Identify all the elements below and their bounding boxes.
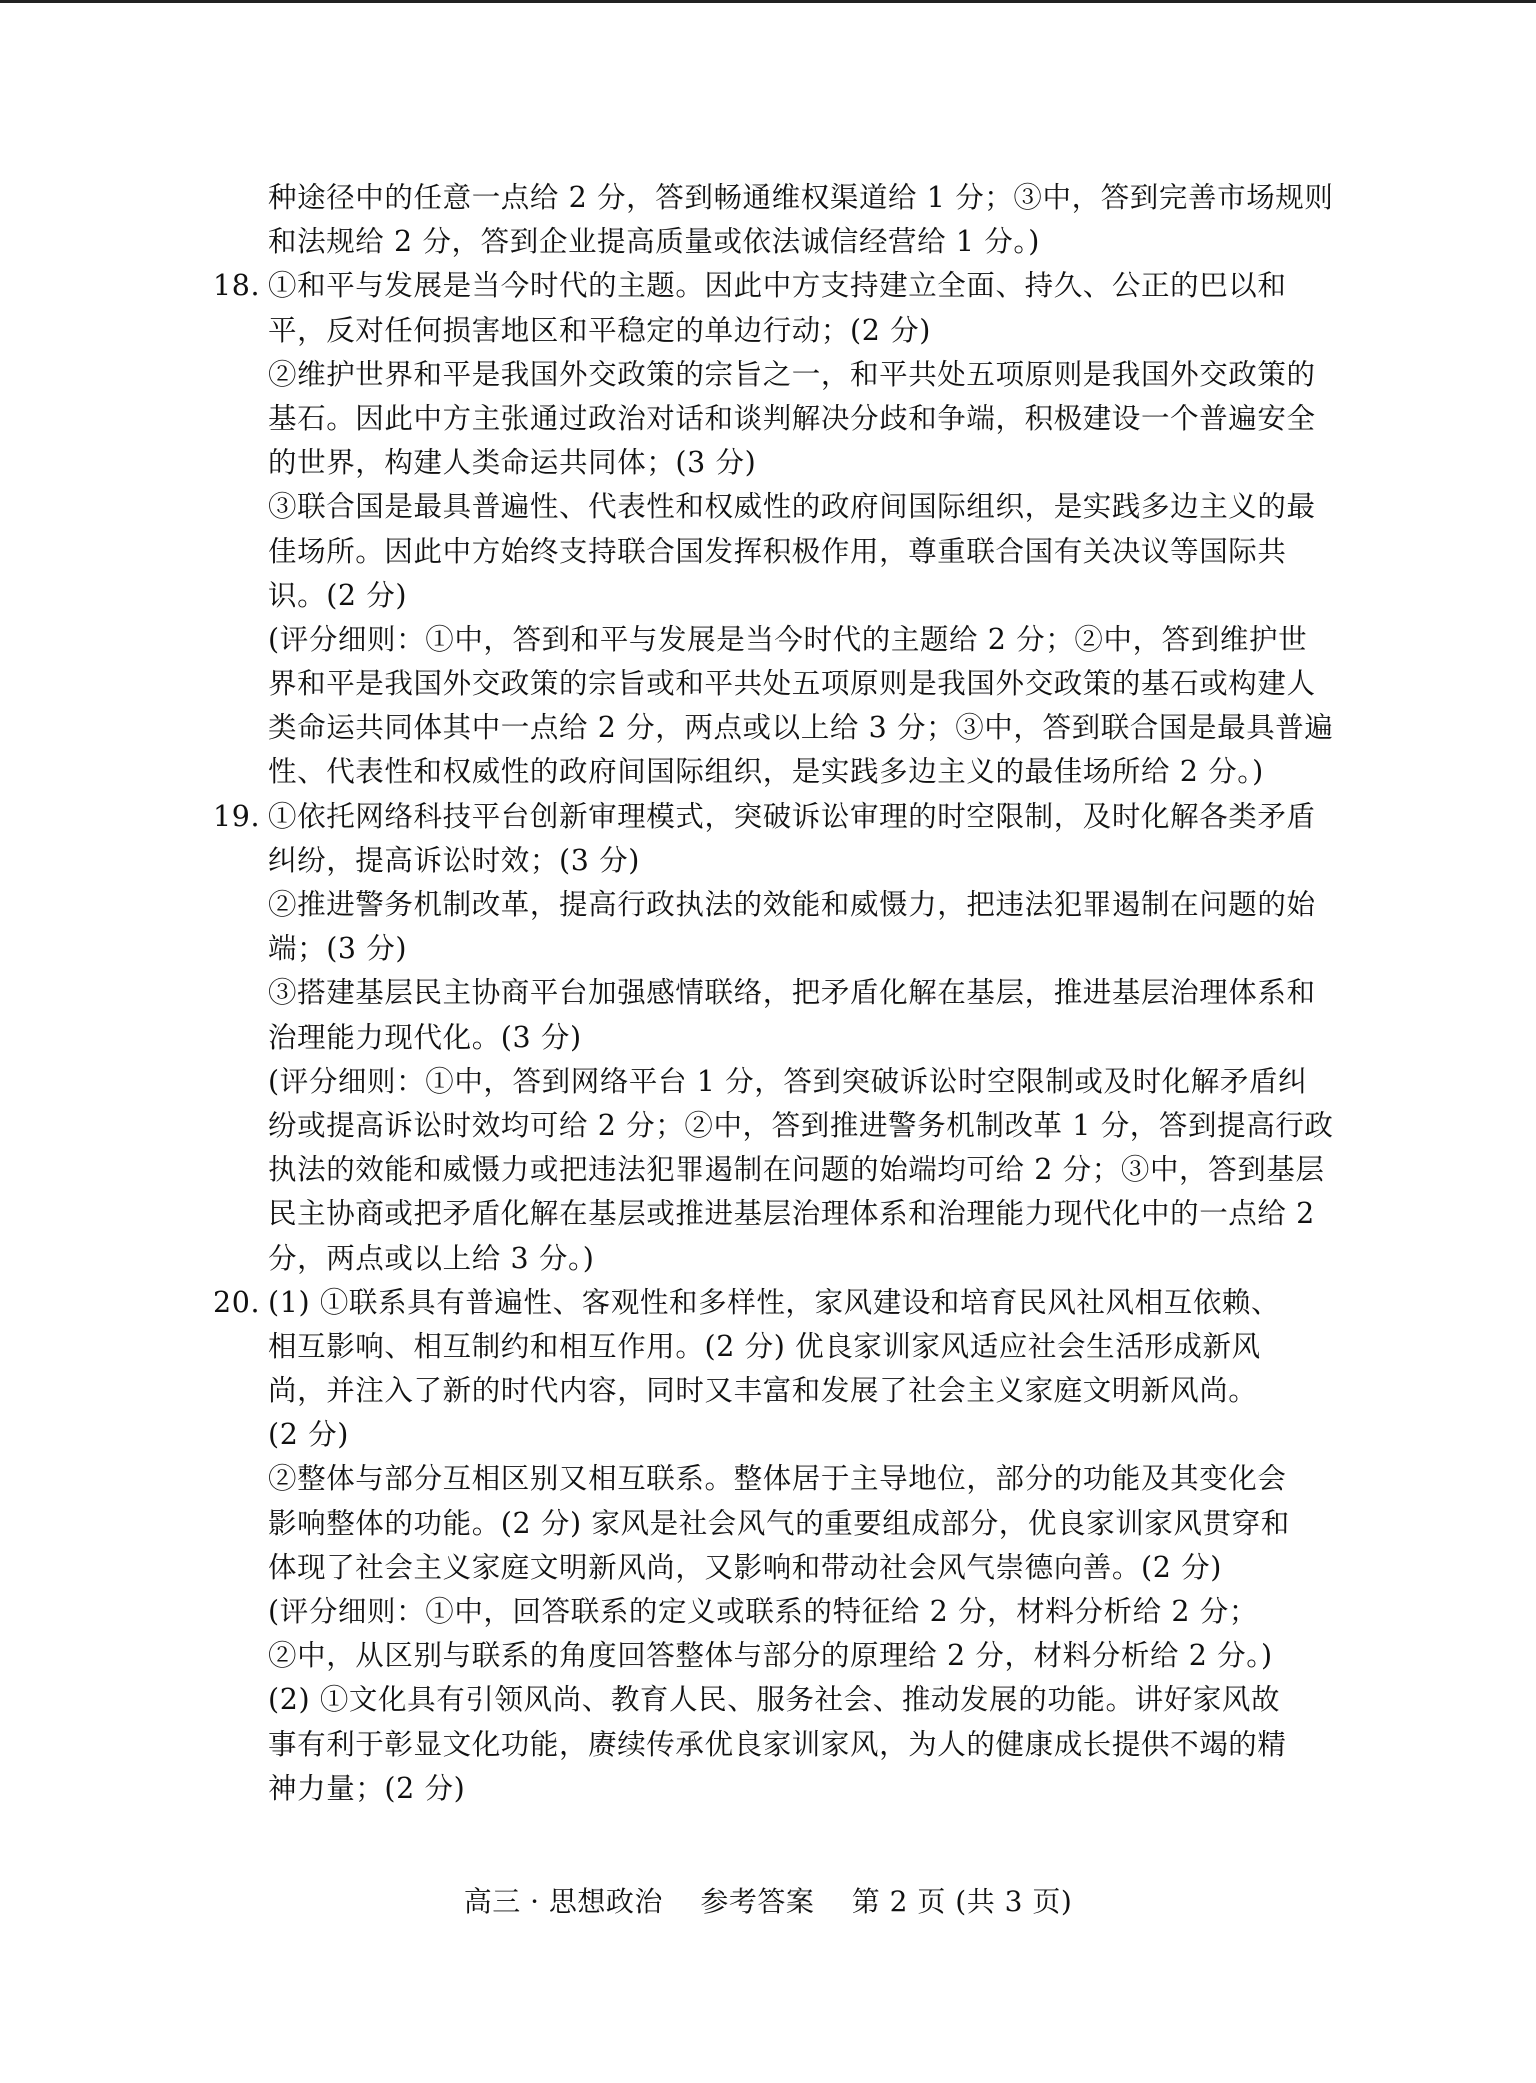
scoring-rule-line: 执法的效能和威慑力或把违法犯罪遏制在问题的始端均可给 2 分；③中，答到基层 bbox=[213, 1148, 1333, 1192]
page-footer: 高三 · 思想政治 参考答案 第 2 页 (共 3 页) bbox=[0, 1882, 1536, 1922]
text-line: (2) ①文化具有引领风尚、教育人民、服务社会、推动发展的功能。讲好家风故 bbox=[213, 1678, 1333, 1722]
footer-doc-type: 参考答案 bbox=[700, 1885, 814, 1918]
scoring-rule-line: 界和平是我国外交政策的宗旨或和平共处五项原则是我国外交政策的基石或构建人 bbox=[213, 662, 1333, 706]
text-line: ③搭建基层民主协商平台加强感情联络，把矛盾化解在基层，推进基层治理体系和 bbox=[213, 971, 1333, 1015]
text-line: ②推进警务机制改革，提高行政执法的效能和威慑力，把违法犯罪遏制在问题的始 bbox=[213, 883, 1333, 927]
scoring-rule-line: (评分细则：①中，答到网络平台 1 分，答到突破诉讼时空限制或及时化解矛盾纠 bbox=[213, 1060, 1333, 1104]
question-20-start: 20.(1) ①联系具有普遍性、客观性和多样性，家风建设和培育民风社风相互依赖、 bbox=[213, 1281, 1333, 1325]
scoring-rule-line: ②中，从区别与联系的角度回答整体与部分的原理给 2 分，材料分析给 2 分。) bbox=[213, 1634, 1333, 1678]
text-line: 事有利于彰显文化功能，赓续传承优良家训家风，为人的健康成长提供不竭的精 bbox=[213, 1723, 1333, 1767]
text-line: 神力量；(2 分) bbox=[213, 1767, 1333, 1811]
question-number: 18. bbox=[213, 264, 260, 308]
text-line: 识。(2 分) bbox=[213, 574, 1333, 618]
text-line: 影响整体的功能。(2 分) 家风是社会风气的重要组成部分，优良家训家风贯穿和 bbox=[213, 1502, 1333, 1546]
text-line: 体现了社会主义家庭文明新风尚，又影响和带动社会风气崇德向善。(2 分) bbox=[213, 1546, 1333, 1590]
scoring-rule-line: (评分细则：①中，回答联系的定义或联系的特征给 2 分，材料分析给 2 分； bbox=[213, 1590, 1333, 1634]
question-number: 20. bbox=[213, 1281, 260, 1325]
text-line: ③联合国是最具普遍性、代表性和权威性的政府间国际组织，是实践多边主义的最 bbox=[213, 485, 1333, 529]
text-line: 治理能力现代化。(3 分) bbox=[213, 1016, 1333, 1060]
text-line: ②维护世界和平是我国外交政策的宗旨之一，和平共处五项原则是我国外交政策的 bbox=[213, 353, 1333, 397]
text-line: 平，反对任何损害地区和平稳定的单边行动；(2 分) bbox=[213, 309, 1333, 353]
question-19-start: 19.①依托网络科技平台创新审理模式，突破诉讼审理的时空限制，及时化解各类矛盾 bbox=[213, 795, 1333, 839]
text-line: (2 分) bbox=[213, 1413, 1333, 1457]
scoring-rule-line: (评分细则：①中，答到和平与发展是当今时代的主题给 2 分；②中，答到维护世 bbox=[213, 618, 1333, 662]
footer-subject: 高三 · 思想政治 bbox=[464, 1885, 663, 1918]
text-line: 和法规给 2 分，答到企业提高质量或依法诚信经营给 1 分。) bbox=[213, 220, 1333, 264]
text-line: 纠纷，提高诉讼时效；(3 分) bbox=[213, 839, 1333, 883]
scoring-rule-line: 纷或提高诉讼时效均可给 2 分；②中，答到推进警务机制改革 1 分，答到提高行政 bbox=[213, 1104, 1333, 1148]
question-number: 19. bbox=[213, 795, 260, 839]
scoring-rule-line: 分，两点或以上给 3 分。) bbox=[213, 1237, 1333, 1281]
text-line: ②整体与部分互相区别又相互联系。整体居于主导地位，部分的功能及其变化会 bbox=[213, 1457, 1333, 1501]
footer-page-number: 第 2 页 (共 3 页) bbox=[852, 1885, 1072, 1918]
text-line: 的世界，构建人类命运共同体；(3 分) bbox=[213, 441, 1333, 485]
text-line: 种途径中的任意一点给 2 分，答到畅通维权渠道给 1 分；③中，答到完善市场规则 bbox=[213, 176, 1333, 220]
question-18-start: 18.①和平与发展是当今时代的主题。因此中方支持建立全面、持久、公正的巴以和 bbox=[213, 264, 1333, 308]
text-line: 尚，并注入了新的时代内容，同时又丰富和发展了社会主义家庭文明新风尚。 bbox=[213, 1369, 1333, 1413]
scan-top-edge bbox=[0, 0, 1536, 3]
scoring-rule-line: 民主协商或把矛盾化解在基层或推进基层治理体系和治理能力现代化中的一点给 2 bbox=[213, 1192, 1333, 1236]
text-line: 端；(3 分) bbox=[213, 927, 1333, 971]
text-line: 基石。因此中方主张通过政治对话和谈判解决分歧和争端，积极建设一个普遍安全 bbox=[213, 397, 1333, 441]
scoring-rule-line: 类命运共同体其中一点给 2 分，两点或以上给 3 分；③中，答到联合国是最具普遍 bbox=[213, 706, 1333, 750]
text-line: 佳场所。因此中方始终支持联合国发挥积极作用，尊重联合国有关决议等国际共 bbox=[213, 530, 1333, 574]
scoring-rule-line: 性、代表性和权威性的政府间国际组织，是实践多边主义的最佳场所给 2 分。) bbox=[213, 750, 1333, 794]
text-line: 相互影响、相互制约和相互作用。(2 分) 优良家训家风适应社会生活形成新风 bbox=[213, 1325, 1333, 1369]
answer-key-body: 种途径中的任意一点给 2 分，答到畅通维权渠道给 1 分；③中，答到完善市场规则… bbox=[213, 176, 1333, 1811]
